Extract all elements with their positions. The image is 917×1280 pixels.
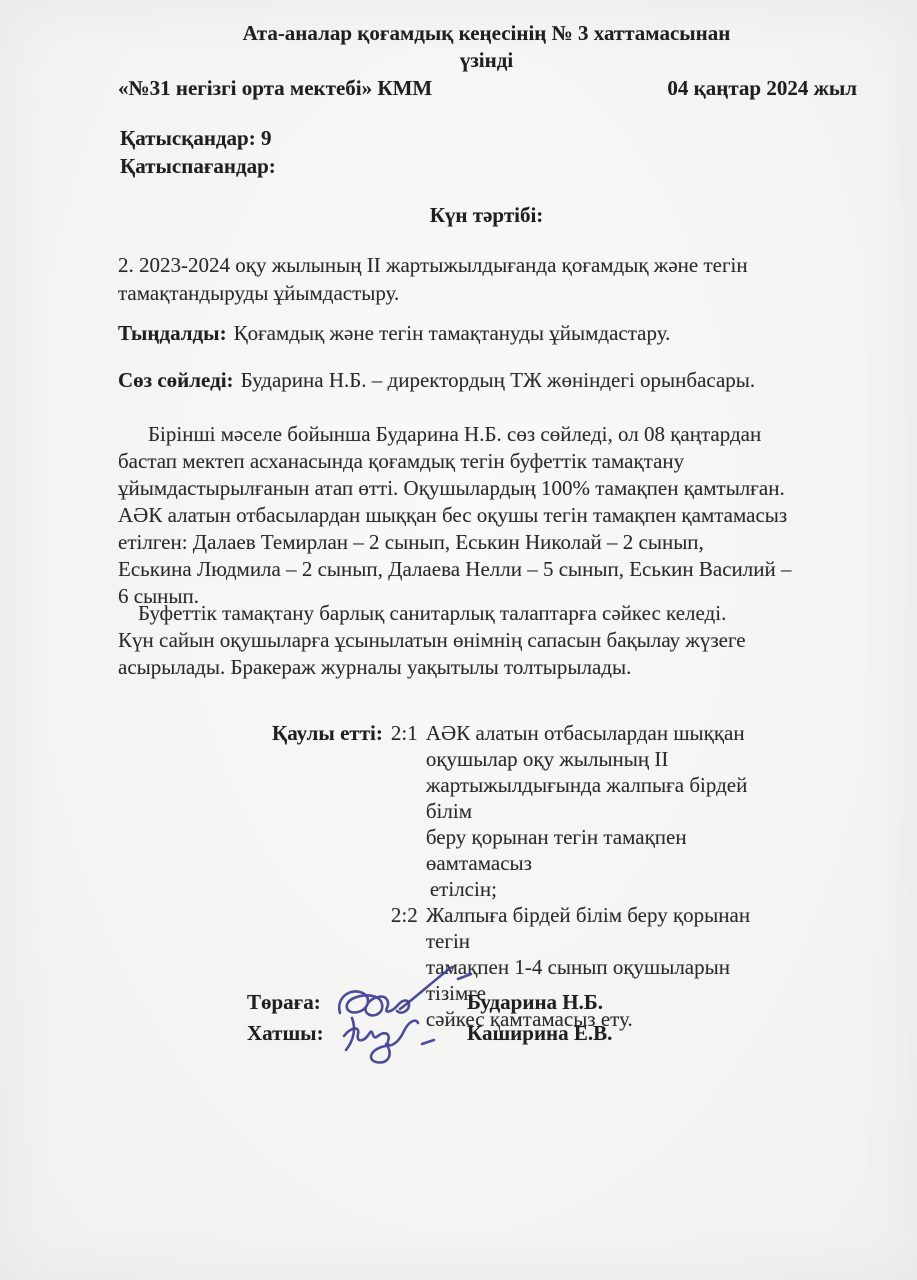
resolution-items: 2:1 АӘК алатын отбасылардан шыққан оқушы…: [391, 720, 778, 1032]
resolution-line: оқушылар оқу жылының II: [426, 746, 778, 772]
resolution-line: беру қорынан тегін тамақпен өамтамасыз: [426, 824, 778, 876]
scanned-protocol-page: Ата-аналар қоғамдық кеңесінің № 3 хаттам…: [0, 0, 917, 1280]
signature-role: Төраға:: [247, 990, 342, 1015]
agenda-heading: Күн тәртібі:: [118, 203, 855, 228]
paragraph-line: асырылады. Бракераж журналы уақытылы тол…: [118, 654, 863, 681]
body-paragraph-1: Бірінші мәселе бойынша Бударина Н.Б. сөз…: [118, 421, 863, 610]
heard-line: Тыңдалды:Қоғамдық және тегін тамақтануды…: [118, 321, 848, 346]
document-title: Ата-аналар қоғамдық кеңесінің № 3 хаттам…: [118, 20, 855, 74]
speaker-line: Сөз сөйледі:Бударина Н.Б. – директордың …: [118, 368, 848, 393]
signature-block: Төраға: Бударина Н.Б. Хатшы: Ка: [247, 990, 612, 1052]
agenda-item-line: 2. 2023-2024 оқу жылының II жартыжылдыға…: [118, 251, 838, 279]
paragraph-line: Буфеттік тамақтану барлық санитарлық тал…: [118, 600, 863, 627]
resolution-item-text: АӘК алатын отбасылардан шыққан оқушылар …: [426, 720, 778, 902]
resolution-line: АӘК алатын отбасылардан шыққан: [426, 720, 778, 746]
body-paragraph-2: Буфеттік тамақтану барлық санитарлық тал…: [118, 600, 863, 681]
agenda-item-line: тамақтандыруды ұйымдастыру.: [118, 279, 838, 307]
agenda-item: 2. 2023-2024 оқу жылының II жартыжылдыға…: [118, 251, 838, 307]
org-date-row: «№31 негізгі орта мектебі» КММ 04 қаңтар…: [118, 76, 857, 101]
attended-line: Қатысқандар: 9: [120, 124, 276, 152]
resolution-item: 2:1 АӘК алатын отбасылардан шыққан оқушы…: [391, 720, 778, 902]
resolution-line: Жалпыға бірдей білім беру қорынан тегін: [426, 902, 778, 954]
heard-text: Қоғамдық және тегін тамақтануды ұйымдаст…: [234, 321, 671, 345]
paragraph-line: ұйымдастырылғанын атап өтті. Оқушылардың…: [118, 475, 863, 502]
resolution-line: етілсін;: [426, 876, 778, 902]
heard-label: Тыңдалды:: [118, 321, 227, 345]
paragraph-line: етілген: Далаев Темирлан – 2 сынып, Еськ…: [118, 529, 863, 556]
resolution-block: Қаулы етті: 2:1 АӘК алатын отбасылардан …: [272, 720, 778, 1032]
resolution-label: Қаулы етті:: [272, 720, 383, 746]
document-date: 04 қаңтар 2024 жыл: [667, 76, 857, 101]
paragraph-line: АӘК алатын отбасылардан шыққан бес оқушы…: [118, 502, 863, 529]
absent-line: Қатыспағандар:: [120, 152, 276, 180]
attendance-block: Қатысқандар: 9 Қатыспағандар:: [120, 124, 276, 180]
speaker-label: Сөз сөйледі:: [118, 368, 234, 392]
paragraph-line: Еськина Людмила – 2 сынып, Далаева Нелли…: [118, 556, 863, 583]
title-line-1: Ата-аналар қоғамдық кеңесінің № 3 хаттам…: [118, 20, 855, 47]
paragraph-line: Күн сайын оқушыларға ұсынылатын өнімнің …: [118, 627, 863, 654]
signature-row-secretary: Хатшы: Каширина Е.В.: [247, 1021, 612, 1052]
organization-name: «№31 негізгі орта мектебі» КММ: [118, 76, 432, 101]
signature-role: Хатшы:: [247, 1021, 342, 1046]
resolution-item-number: 2:2: [391, 902, 421, 928]
signature-row-chair: Төраға: Бударина Н.Б.: [247, 990, 612, 1021]
paragraph-line: бастап мектеп асханасында қоғамдық тегін…: [118, 448, 863, 475]
speaker-text: Бударина Н.Б. – директордың ТЖ жөніндегі…: [241, 368, 756, 392]
signature-name: Бударина Н.Б.: [467, 990, 603, 1015]
resolution-item-number: 2:1: [391, 720, 421, 746]
resolution-line: жартыжылдығында жалпыға бірдей білім: [426, 772, 778, 824]
signature-name: Каширина Е.В.: [467, 1021, 612, 1046]
title-line-2: үзінді: [118, 47, 855, 74]
paragraph-line: Бірінші мәселе бойынша Бударина Н.Б. сөз…: [118, 421, 863, 448]
